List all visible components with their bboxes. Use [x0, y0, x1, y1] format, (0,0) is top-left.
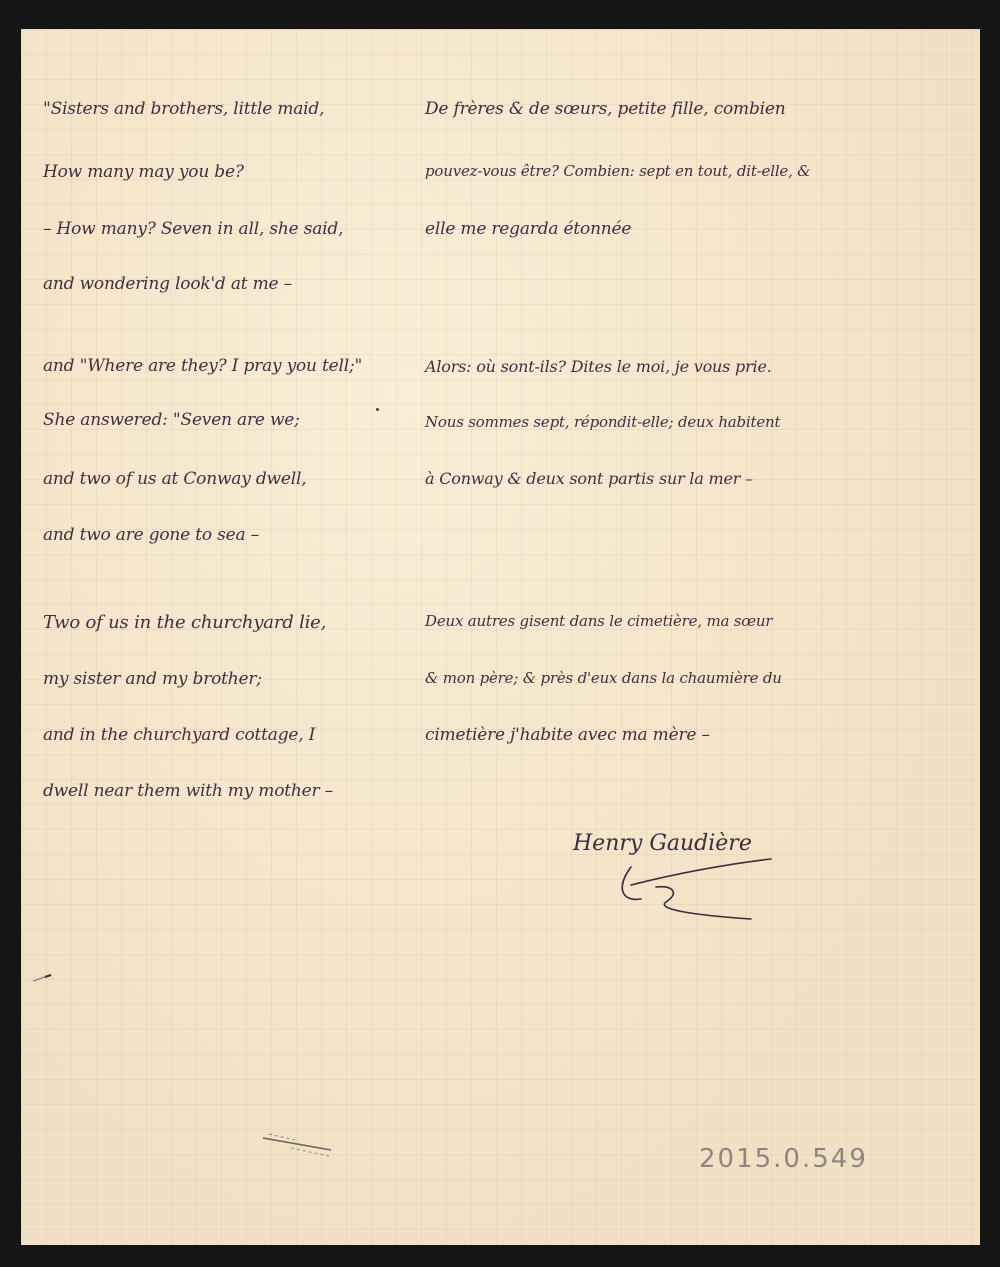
- english-line: my sister and my brother;: [43, 669, 262, 689]
- french-line: Alors: où sont-ils? Dites le moi, je vou…: [425, 357, 772, 376]
- english-line: "Sisters and brothers, little maid,: [43, 99, 324, 119]
- signature: Henry Gaudière: [573, 831, 752, 856]
- english-line: How many may you be?: [43, 162, 244, 182]
- french-line: elle me regarda étonnée: [425, 219, 631, 239]
- pencil-mark-icon: [261, 1132, 341, 1162]
- french-line: pouvez-vous être? Combien: sept en tout,…: [425, 162, 810, 180]
- english-line: Two of us in the churchyard lie,: [43, 612, 326, 633]
- english-line: and wondering look'd at me –: [43, 274, 292, 294]
- ink-mark-icon: [33, 971, 63, 983]
- catalog-number: 2015.0.549: [699, 1144, 868, 1174]
- english-line: and two are gone to sea –: [43, 525, 259, 545]
- ink-dot: [376, 408, 379, 411]
- french-line: cimetière j'habite avec ma mère –: [425, 725, 710, 745]
- french-line: à Conway & deux sont partis sur la mer –: [425, 469, 753, 488]
- french-line: & mon père; & près d'eux dans la chaumiè…: [425, 669, 782, 687]
- english-line: and two of us at Conway dwell,: [43, 469, 306, 489]
- french-line: De frères & de sœurs, petite fille, comb…: [425, 99, 786, 119]
- english-line: She answered: "Seven are we;: [43, 410, 300, 430]
- signature-flourish-icon: [611, 857, 781, 927]
- manuscript-page: "Sisters and brothers, little maid, How …: [21, 29, 980, 1245]
- english-line: and "Where are they? I pray you tell;": [43, 356, 362, 376]
- english-line: – How many? Seven in all, she said,: [43, 219, 343, 239]
- english-line: dwell near them with my mother –: [43, 781, 333, 801]
- french-line: Nous sommes sept, répondit-elle; deux ha…: [425, 413, 780, 431]
- french-line: Deux autres gisent dans le cimetière, ma…: [425, 612, 772, 630]
- english-line: and in the churchyard cottage, I: [43, 725, 315, 745]
